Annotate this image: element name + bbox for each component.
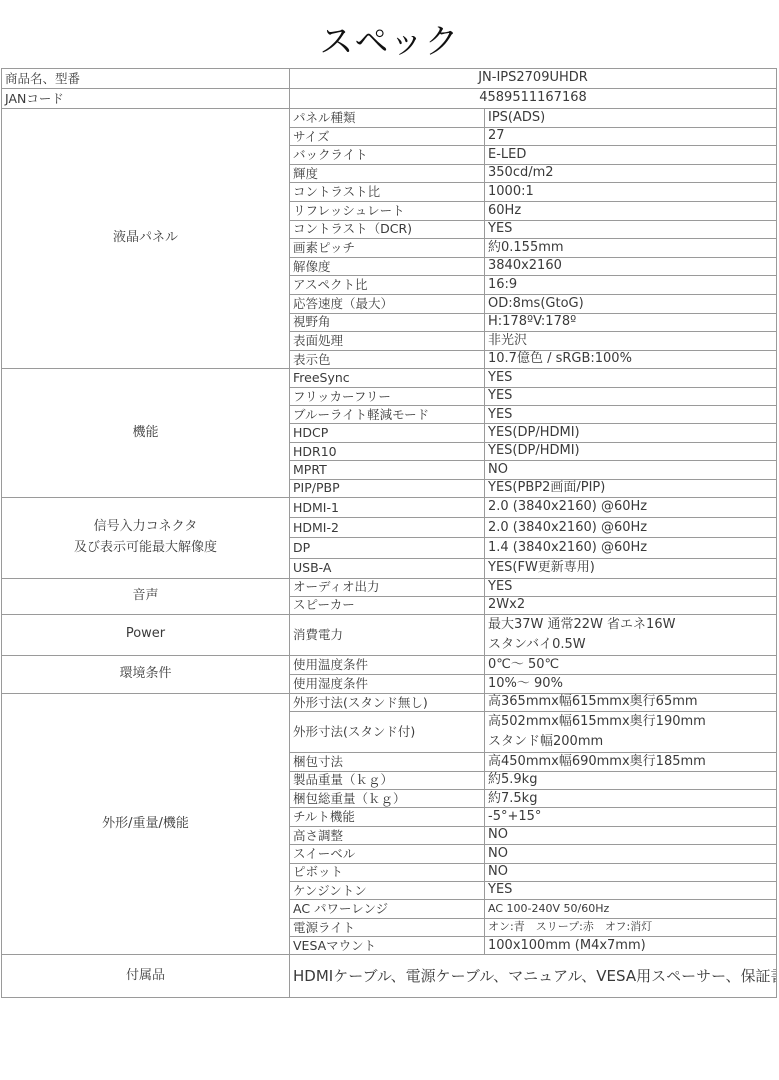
spec-key: 高さ調整	[290, 826, 485, 844]
section-environment: 環境条件 使用温度条件 0℃～ 50℃ 使用湿度条件10%～ 90%	[2, 655, 777, 693]
spec-key: フリッカーフリー	[290, 387, 485, 405]
dim-value-line2: スタンド幅200mm	[488, 732, 773, 752]
spec-value: 高502mmx幅615mmx奥行190mm スタンド幅200mm	[485, 712, 777, 753]
spec-value: YES	[485, 881, 777, 899]
spec-key: 解像度	[290, 257, 485, 276]
spec-value: 約5.9kg	[485, 771, 777, 789]
spec-value: 60Hz	[485, 201, 777, 220]
spec-key: スピーカー	[290, 596, 485, 614]
spec-value: YES	[485, 369, 777, 387]
spec-key: 電源ライト	[290, 918, 485, 936]
spec-value: 350cd/m2	[485, 164, 777, 183]
spec-value: 高365mmx幅615mmx奥行65mm	[485, 693, 777, 711]
section-signal: 信号入力コネクタ 及び表示可能最大解像度 HDMI-1 2.0 (3840x21…	[2, 498, 777, 579]
spec-key: HDMI-1	[290, 498, 485, 518]
accessories-value: HDMIケーブル、電源ケーブル、マニュアル、VESA用スペーサー、保証書	[290, 955, 777, 998]
spec-value: 0℃～ 50℃	[485, 655, 777, 674]
spec-value: OD:8ms(GtoG)	[485, 294, 777, 313]
section-dimensions: 外形/重量/機能 外形寸法(スタンド無し) 高365mmx幅615mmx奥行65…	[2, 693, 777, 955]
spec-key: HDMI-2	[290, 518, 485, 538]
spec-value: オン:青 スリープ:赤 オフ:消灯	[485, 918, 777, 936]
dim-value-line1: 高502mmx幅615mmx奥行190mm	[488, 712, 773, 732]
spec-value: YES	[485, 578, 777, 596]
spec-key: 製品重量（ｋｇ）	[290, 771, 485, 789]
spec-value: YES	[485, 406, 777, 424]
spec-key: バックライト	[290, 146, 485, 165]
spec-value: YES(FW更新専用)	[485, 558, 777, 578]
spec-value: H:178ºV:178º	[485, 313, 777, 332]
power-value-line1: 最大37W 通常22W 省エネ16W	[488, 615, 773, 635]
spec-key: 梱包寸法	[290, 753, 485, 771]
spec-value: AC 100-240V 50/60Hz	[485, 900, 777, 918]
spec-key: ブルーライト軽減モード	[290, 406, 485, 424]
spec-value: YES	[485, 220, 777, 239]
spec-key: 輝度	[290, 164, 485, 183]
table-row: 液晶パネル パネル種類 IPS(ADS)	[2, 109, 777, 128]
spec-value: 高450mmx幅690mmx奥行185mm	[485, 753, 777, 771]
spec-value: 10%～ 90%	[485, 674, 777, 693]
spec-value: IPS(ADS)	[485, 109, 777, 128]
spec-value: 2Wx2	[485, 596, 777, 614]
spec-value: E-LED	[485, 146, 777, 165]
spec-key: アスペクト比	[290, 276, 485, 295]
category-panel: 液晶パネル	[2, 109, 290, 369]
spec-key: 応答速度（最大）	[290, 294, 485, 313]
spec-key: 表示色	[290, 350, 485, 369]
spec-key: サイズ	[290, 127, 485, 146]
table-row: 環境条件 使用温度条件 0℃～ 50℃	[2, 655, 777, 674]
category-signal-line1: 信号入力コネクタ	[5, 517, 286, 538]
spec-value: YES(PBP2画面/PIP)	[485, 479, 777, 497]
jan-code-label: JANコード	[2, 89, 290, 109]
spec-key: ケンジントン	[290, 881, 485, 899]
spec-key: 視野角	[290, 313, 485, 332]
table-row: Power 消費電力 最大37W 通常22W 省エネ16W スタンバイ0.5W	[2, 614, 777, 655]
spec-value: -5°+15°	[485, 808, 777, 826]
spec-key: 梱包総重量（ｋｇ）	[290, 789, 485, 807]
spec-key: 使用湿度条件	[290, 674, 485, 693]
spec-key: チルト機能	[290, 808, 485, 826]
section-accessories: 付属品 HDMIケーブル、電源ケーブル、マニュアル、VESA用スペーサー、保証書	[2, 955, 777, 998]
spec-value: YES(DP/HDMI)	[485, 442, 777, 460]
section-audio: 音声 オーディオ出力 YES スピーカー2Wx2	[2, 578, 777, 614]
spec-key: 使用温度条件	[290, 655, 485, 674]
category-environment: 環境条件	[2, 655, 290, 693]
spec-value: 最大37W 通常22W 省エネ16W スタンバイ0.5W	[485, 614, 777, 655]
spec-key: AC パワーレンジ	[290, 900, 485, 918]
spec-key: FreeSync	[290, 369, 485, 387]
table-row: 信号入力コネクタ 及び表示可能最大解像度 HDMI-1 2.0 (3840x21…	[2, 498, 777, 518]
spec-key: USB-A	[290, 558, 485, 578]
spec-key: DP	[290, 538, 485, 558]
power-value-line2: スタンバイ0.5W	[488, 635, 773, 655]
table-row: 付属品 HDMIケーブル、電源ケーブル、マニュアル、VESA用スペーサー、保証書	[2, 955, 777, 998]
page-title: スペック	[0, 14, 779, 63]
spec-value: 3840x2160	[485, 257, 777, 276]
spec-key: 外形寸法(スタンド付)	[290, 712, 485, 753]
category-function: 機能	[2, 369, 290, 498]
spec-value: 16:9	[485, 276, 777, 295]
category-power: Power	[2, 614, 290, 655]
product-name-value: JN-IPS2709UHDR	[290, 69, 777, 89]
spec-value: NO	[485, 461, 777, 479]
spec-key: MPRT	[290, 461, 485, 479]
product-name-row: 商品名、型番 JN-IPS2709UHDR	[2, 69, 777, 89]
spec-key: 画素ピッチ	[290, 239, 485, 258]
section-power: Power 消費電力 最大37W 通常22W 省エネ16W スタンバイ0.5W	[2, 614, 777, 655]
spec-key: スイーベル	[290, 845, 485, 863]
category-signal-line2: 及び表示可能最大解像度	[5, 538, 286, 559]
spec-key: VESAマウント	[290, 937, 485, 955]
section-function: 機能 FreeSync YES フリッカーフリーYES ブルーライト軽減モードY…	[2, 369, 777, 498]
spec-value: 1000:1	[485, 183, 777, 202]
spec-value: 2.0 (3840x2160) @60Hz	[485, 498, 777, 518]
spec-key: PIP/PBP	[290, 479, 485, 497]
jan-code-value: 4589511167168	[290, 89, 777, 109]
category-audio: 音声	[2, 578, 290, 614]
table-row: 外形/重量/機能 外形寸法(スタンド無し) 高365mmx幅615mmx奥行65…	[2, 693, 777, 711]
spec-table: 商品名、型番 JN-IPS2709UHDR JANコード 45895111671…	[1, 68, 777, 998]
product-name-label: 商品名、型番	[2, 69, 290, 89]
spec-value: YES	[485, 387, 777, 405]
spec-key: オーディオ出力	[290, 578, 485, 596]
spec-key: ピボット	[290, 863, 485, 881]
spec-key: コントラスト比	[290, 183, 485, 202]
spec-key: 外形寸法(スタンド無し)	[290, 693, 485, 711]
spec-key: 消費電力	[290, 614, 485, 655]
spec-value: YES(DP/HDMI)	[485, 424, 777, 442]
spec-key: リフレッシュレート	[290, 201, 485, 220]
spec-value: NO	[485, 845, 777, 863]
spec-value: NO	[485, 863, 777, 881]
spec-value: 約0.155mm	[485, 239, 777, 258]
spec-key: パネル種類	[290, 109, 485, 128]
spec-value: 27	[485, 127, 777, 146]
spec-value: 1.4 (3840x2160) @60Hz	[485, 538, 777, 558]
spec-key: 表面処理	[290, 332, 485, 351]
jan-code-row: JANコード 4589511167168	[2, 89, 777, 109]
category-dimensions: 外形/重量/機能	[2, 693, 290, 955]
category-signal: 信号入力コネクタ 及び表示可能最大解像度	[2, 498, 290, 579]
table-row: 機能 FreeSync YES	[2, 369, 777, 387]
category-accessories: 付属品	[2, 955, 290, 998]
spec-value: 2.0 (3840x2160) @60Hz	[485, 518, 777, 538]
spec-key: HDR10	[290, 442, 485, 460]
spec-value: NO	[485, 826, 777, 844]
spec-value: 非光沢	[485, 332, 777, 351]
spec-value: 100x100mm (M4x7mm)	[485, 937, 777, 955]
section-panel: 液晶パネル パネル種類 IPS(ADS) サイズ27 バックライトE-LED 輝…	[2, 109, 777, 369]
spec-value: 10.7億色 / sRGB:100%	[485, 350, 777, 369]
table-row: 音声 オーディオ出力 YES	[2, 578, 777, 596]
spec-key: HDCP	[290, 424, 485, 442]
spec-key: コントラスト（DCR)	[290, 220, 485, 239]
spec-value: 約7.5kg	[485, 789, 777, 807]
